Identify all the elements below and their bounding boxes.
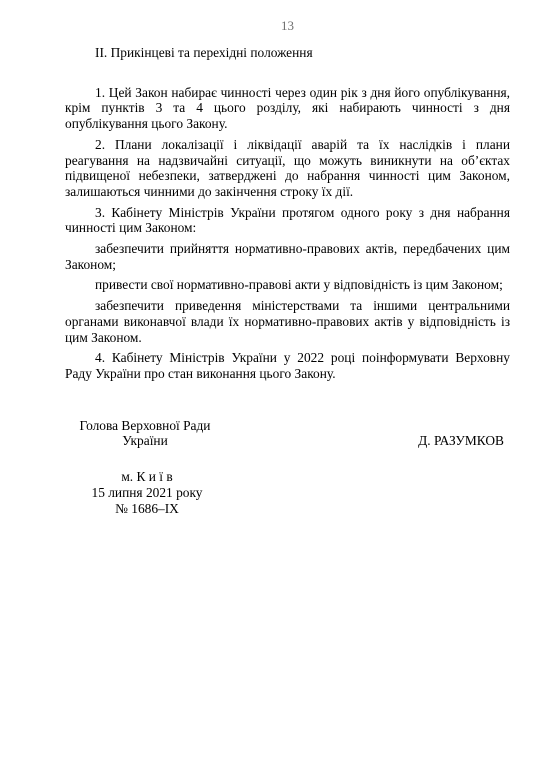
issuance-date: 15 липня 2021 року	[69, 485, 225, 501]
paragraph-4: 4. Кабінету Міністрів України у 2022 роц…	[65, 350, 510, 381]
signature-block: Голова Верховної Ради України Д. РАЗУМКО…	[65, 418, 510, 449]
signatory-position: Голова Верховної Ради України	[69, 418, 221, 449]
issuance-block: м. К и ї в 15 липня 2021 року № 1686–ІХ	[69, 469, 225, 517]
paragraph-3-subitem-3: забезпечити приведення міністерствами та…	[65, 298, 510, 345]
issuance-number: № 1686–ІХ	[69, 501, 225, 517]
page-number: 13	[65, 18, 510, 33]
document-page: 13 ІІ. Прикінцеві та перехідні положення…	[0, 0, 544, 769]
paragraph-1: 1. Цей Закон набирає чинності через один…	[65, 85, 510, 132]
section-heading: ІІ. Прикінцеві та перехідні положення	[65, 45, 510, 61]
issuance-city: м. К и ї в	[69, 469, 225, 485]
paragraph-3: 3. Кабінету Міністрів України протягом о…	[65, 205, 510, 236]
signatory-position-line-1: Голова Верховної Ради	[69, 418, 221, 434]
paragraph-3-subitem-2: привести свої нормативно-правові акти у …	[65, 277, 510, 293]
paragraph-2: 2. Плани локалізації і ліквідації аварій…	[65, 137, 510, 200]
signatory-name: Д. РАЗУМКОВ	[418, 433, 504, 449]
signatory-position-line-2: України	[69, 433, 221, 449]
paragraph-3-subitem-1: забезпечити прийняття нормативно-правови…	[65, 241, 510, 272]
